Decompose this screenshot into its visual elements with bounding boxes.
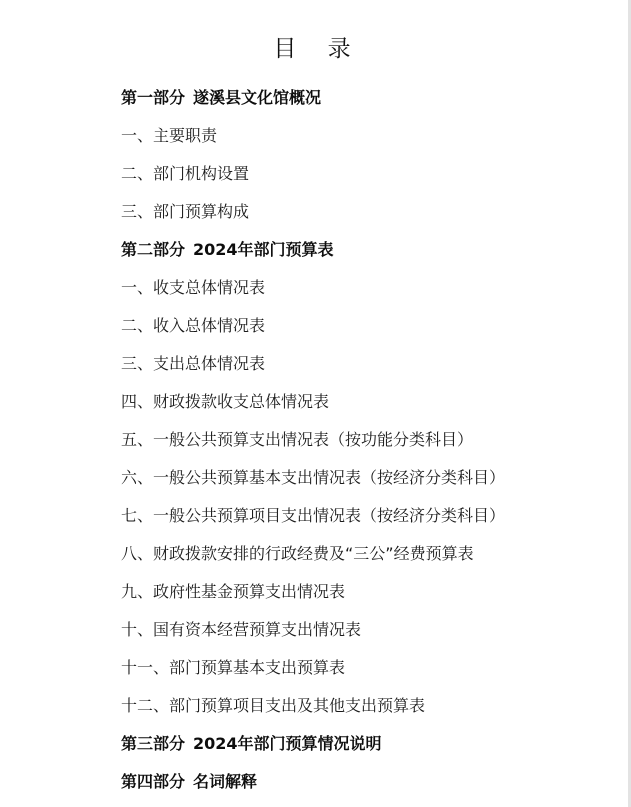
toc-item[interactable]: 十、国有资本经营预算支出情况表	[121, 618, 505, 656]
toc-item[interactable]: 二、部门机构设置	[121, 162, 505, 200]
part-title: 名词解释	[193, 772, 257, 791]
part-label: 第三部分	[121, 734, 185, 753]
toc-item[interactable]: 四、财政拨款收支总体情况表	[121, 390, 505, 428]
toc-item[interactable]: 一、收支总体情况表	[121, 276, 505, 314]
toc-item[interactable]: 十一、部门预算基本支出预算表	[121, 656, 505, 694]
toc-item[interactable]: 五、一般公共预算支出情况表（按功能分类科目）	[121, 428, 505, 466]
toc-item[interactable]: 三、支出总体情况表	[121, 352, 505, 390]
part-label: 第二部分	[121, 240, 185, 259]
part-title: 遂溪县文化馆概况	[193, 88, 321, 107]
toc-item[interactable]: 二、收入总体情况表	[121, 314, 505, 352]
toc-title: 目 录	[0, 34, 631, 64]
table-of-contents: 第一部分遂溪县文化馆概况 一、主要职责 二、部门机构设置 三、部门预算构成 第二…	[121, 86, 505, 807]
toc-part-1[interactable]: 第一部分遂溪县文化馆概况	[121, 86, 505, 124]
document-page: 目 录 第一部分遂溪县文化馆概况 一、主要职责 二、部门机构设置 三、部门预算构…	[0, 0, 628, 807]
toc-part-4[interactable]: 第四部分名词解释	[121, 770, 505, 807]
part-label: 第四部分	[121, 772, 185, 791]
toc-item[interactable]: 三、部门预算构成	[121, 200, 505, 238]
part-label: 第一部分	[121, 88, 185, 107]
toc-item[interactable]: 九、政府性基金预算支出情况表	[121, 580, 505, 618]
toc-item[interactable]: 七、一般公共预算项目支出情况表（按经济分类科目）	[121, 504, 505, 542]
part-title: 2024年部门预算表	[193, 240, 334, 259]
toc-item[interactable]: 六、一般公共预算基本支出情况表（按经济分类科目）	[121, 466, 505, 504]
toc-item[interactable]: 八、财政拨款安排的行政经费及“三公”经费预算表	[121, 542, 505, 580]
toc-item[interactable]: 十二、部门预算项目支出及其他支出预算表	[121, 694, 505, 732]
toc-part-3[interactable]: 第三部分2024年部门预算情况说明	[121, 732, 505, 770]
part-title: 2024年部门预算情况说明	[193, 734, 382, 753]
toc-part-2[interactable]: 第二部分2024年部门预算表	[121, 238, 505, 276]
toc-item[interactable]: 一、主要职责	[121, 124, 505, 162]
